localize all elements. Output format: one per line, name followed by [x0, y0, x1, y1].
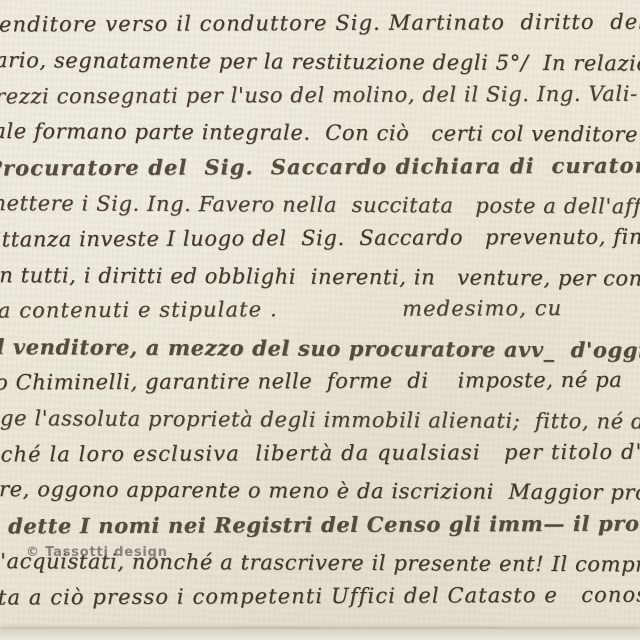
- handwriting-line: fittanza investe I luogo del Sig. Saccar…: [0, 219, 640, 258]
- handwriting-line: a dette I nomi nei Registri del Censo gl…: [0, 505, 640, 544]
- handwriting-line: to Chiminelli, garantire nelle forme di …: [0, 362, 640, 401]
- handwriting-line: Procuratore del Sig. Saccardo dichiara d…: [0, 147, 640, 186]
- napkin-bottom-edge: [0, 629, 640, 640]
- handwritten-text-block: venditore verso il conduttore Sig. Marti…: [0, 7, 640, 616]
- handwriting-line: nché la loro esclusiva libertà da qualsi…: [0, 434, 640, 473]
- tassotti-watermark: © Tassotti design: [26, 545, 168, 560]
- manuscript-paper: venditore verso il conduttore Sig. Marti…: [0, 0, 640, 640]
- handwriting-line: sta a ciò presso i competenti Uffici del…: [0, 577, 640, 616]
- handwriting-line: venditore verso il conduttore Sig. Marti…: [0, 4, 640, 43]
- handwriting-line: trezzi consegnati per l'uso del molino, …: [0, 76, 640, 115]
- handwriting-line: sa contenuti e stipulate . medesimo, cu: [0, 291, 640, 330]
